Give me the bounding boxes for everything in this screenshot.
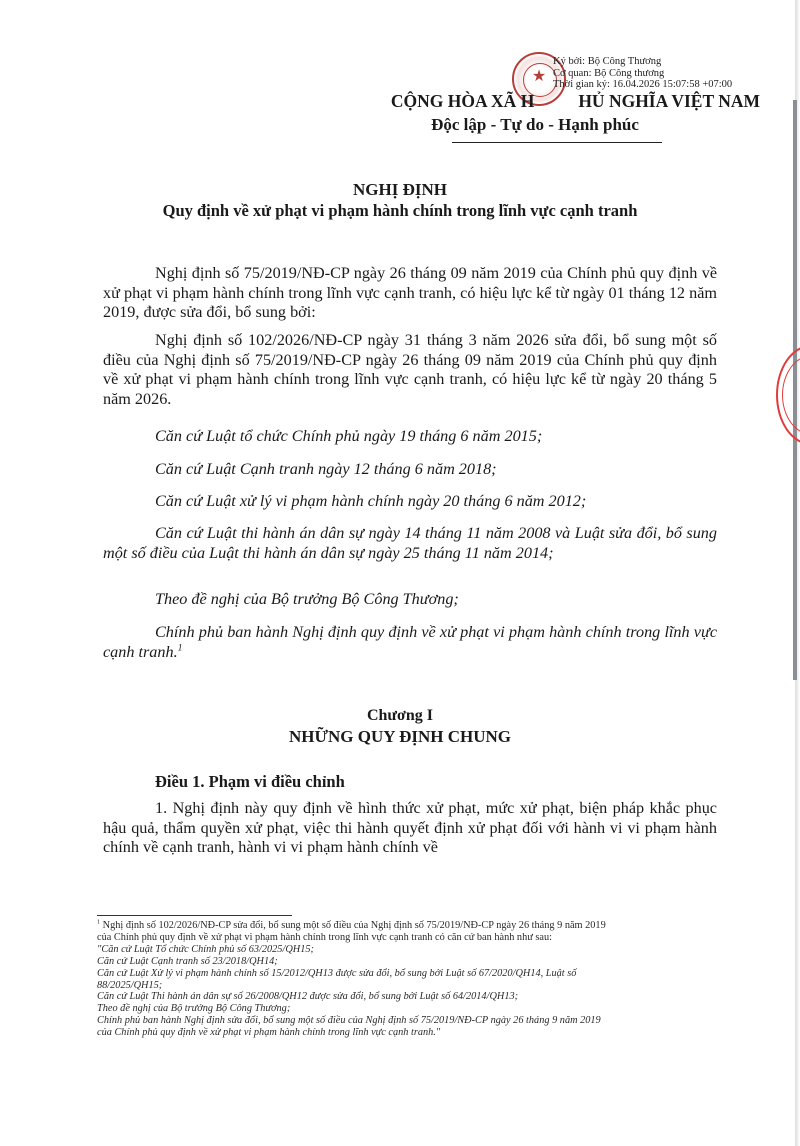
footnote-line: "Căn cứ Luật Tổ chức Chính phủ số 63/202… (97, 944, 717, 956)
article-clause-1: 1. Nghị định này quy định về hình thức x… (103, 799, 717, 858)
promulgation-text: Chính phủ ban hành Nghị định quy định về… (103, 623, 717, 661)
national-title-left: CỘNG HÒA XÃ H (391, 91, 534, 111)
footnote-line: Căn cứ Luật Cạnh tranh số 23/2018/QH14; (97, 956, 717, 968)
intro-paragraph-2: Nghị định số 102/2026/NĐ-CP ngày 31 thán… (103, 331, 717, 409)
legal-basis-3: Căn cứ Luật xử lý vi phạm hành chính ngà… (103, 492, 717, 512)
footnote-line: Chính phủ ban hành Nghị định sửa đổi, bổ… (97, 1015, 717, 1027)
national-motto: Độc lập - Tự do - Hạnh phúc (400, 114, 670, 136)
legal-basis-5: Theo đề nghị của Bộ trưởng Bộ Công Thươn… (103, 590, 717, 610)
intro-paragraph-1: Nghị định số 75/2019/NĐ-CP ngày 26 tháng… (103, 264, 717, 323)
national-title: CỘNG HÒA XÃ HHỦ NGHĨA VIỆT NAM (300, 90, 760, 112)
document-type: NGHỊ ĐỊNH (0, 180, 800, 200)
national-title-right: HỦ NGHĨA VIỆT NAM (578, 91, 760, 111)
footnote-line: của Chính phủ quy định về xử phạt vi phạ… (97, 932, 717, 944)
footnote-separator (97, 915, 292, 916)
footnote-line: của Chính phủ quy định về xử phạt vi phạ… (97, 1027, 717, 1039)
signature-organization: Cơ quan: Bộ Công thương (553, 68, 732, 80)
legal-basis-4: Căn cứ Luật thi hành án dân sự ngày 14 t… (103, 524, 717, 563)
document-title: Quy định về xử phạt vi phạm hành chính t… (0, 201, 800, 221)
digital-signature-info: Ký bởi: Bộ Công Thương Cơ quan: Bộ Công … (553, 56, 732, 91)
chapter-title: NHỮNG QUY ĐỊNH CHUNG (0, 726, 800, 748)
promulgation-statement: Chính phủ ban hành Nghị định quy định về… (103, 623, 717, 662)
footnote-line: Căn cứ Luật Thi hành án dân sự số 26/200… (97, 991, 717, 1003)
legal-basis-1: Căn cứ Luật tổ chức Chính phủ ngày 19 th… (103, 427, 717, 447)
footnote-mark: 1 (97, 919, 100, 926)
signature-signed-by: Ký bởi: Bộ Công Thương (553, 56, 732, 68)
signature-time: Thời gian ký: 16.04.2026 15:07:58 +07:00 (553, 79, 732, 91)
footnote-line: Theo đề nghị của Bộ trưởng Bộ Công Thươn… (97, 1003, 717, 1015)
document-page: ★ Ký bởi: Bộ Công Thương Cơ quan: Bộ Côn… (0, 0, 800, 1146)
chapter-label: Chương I (0, 706, 800, 726)
article-heading: Điều 1. Phạm vi điều chỉnh (155, 772, 345, 792)
footnote-line: Căn cứ Luật Xử lý vi phạm hành chính số … (97, 968, 717, 980)
motto-underline (452, 142, 662, 143)
legal-basis-2: Căn cứ Luật Cạnh tranh ngày 12 tháng 6 n… (103, 460, 717, 480)
footnote-line: 88/2025/QH15; (97, 980, 717, 992)
footnotes: 1 Nghị định số 102/2026/NĐ-CP sửa đổi, b… (97, 920, 717, 1039)
footnote-line: 1 Nghị định số 102/2026/NĐ-CP sửa đổi, b… (97, 920, 717, 932)
footnote-reference[interactable]: 1 (178, 642, 183, 653)
